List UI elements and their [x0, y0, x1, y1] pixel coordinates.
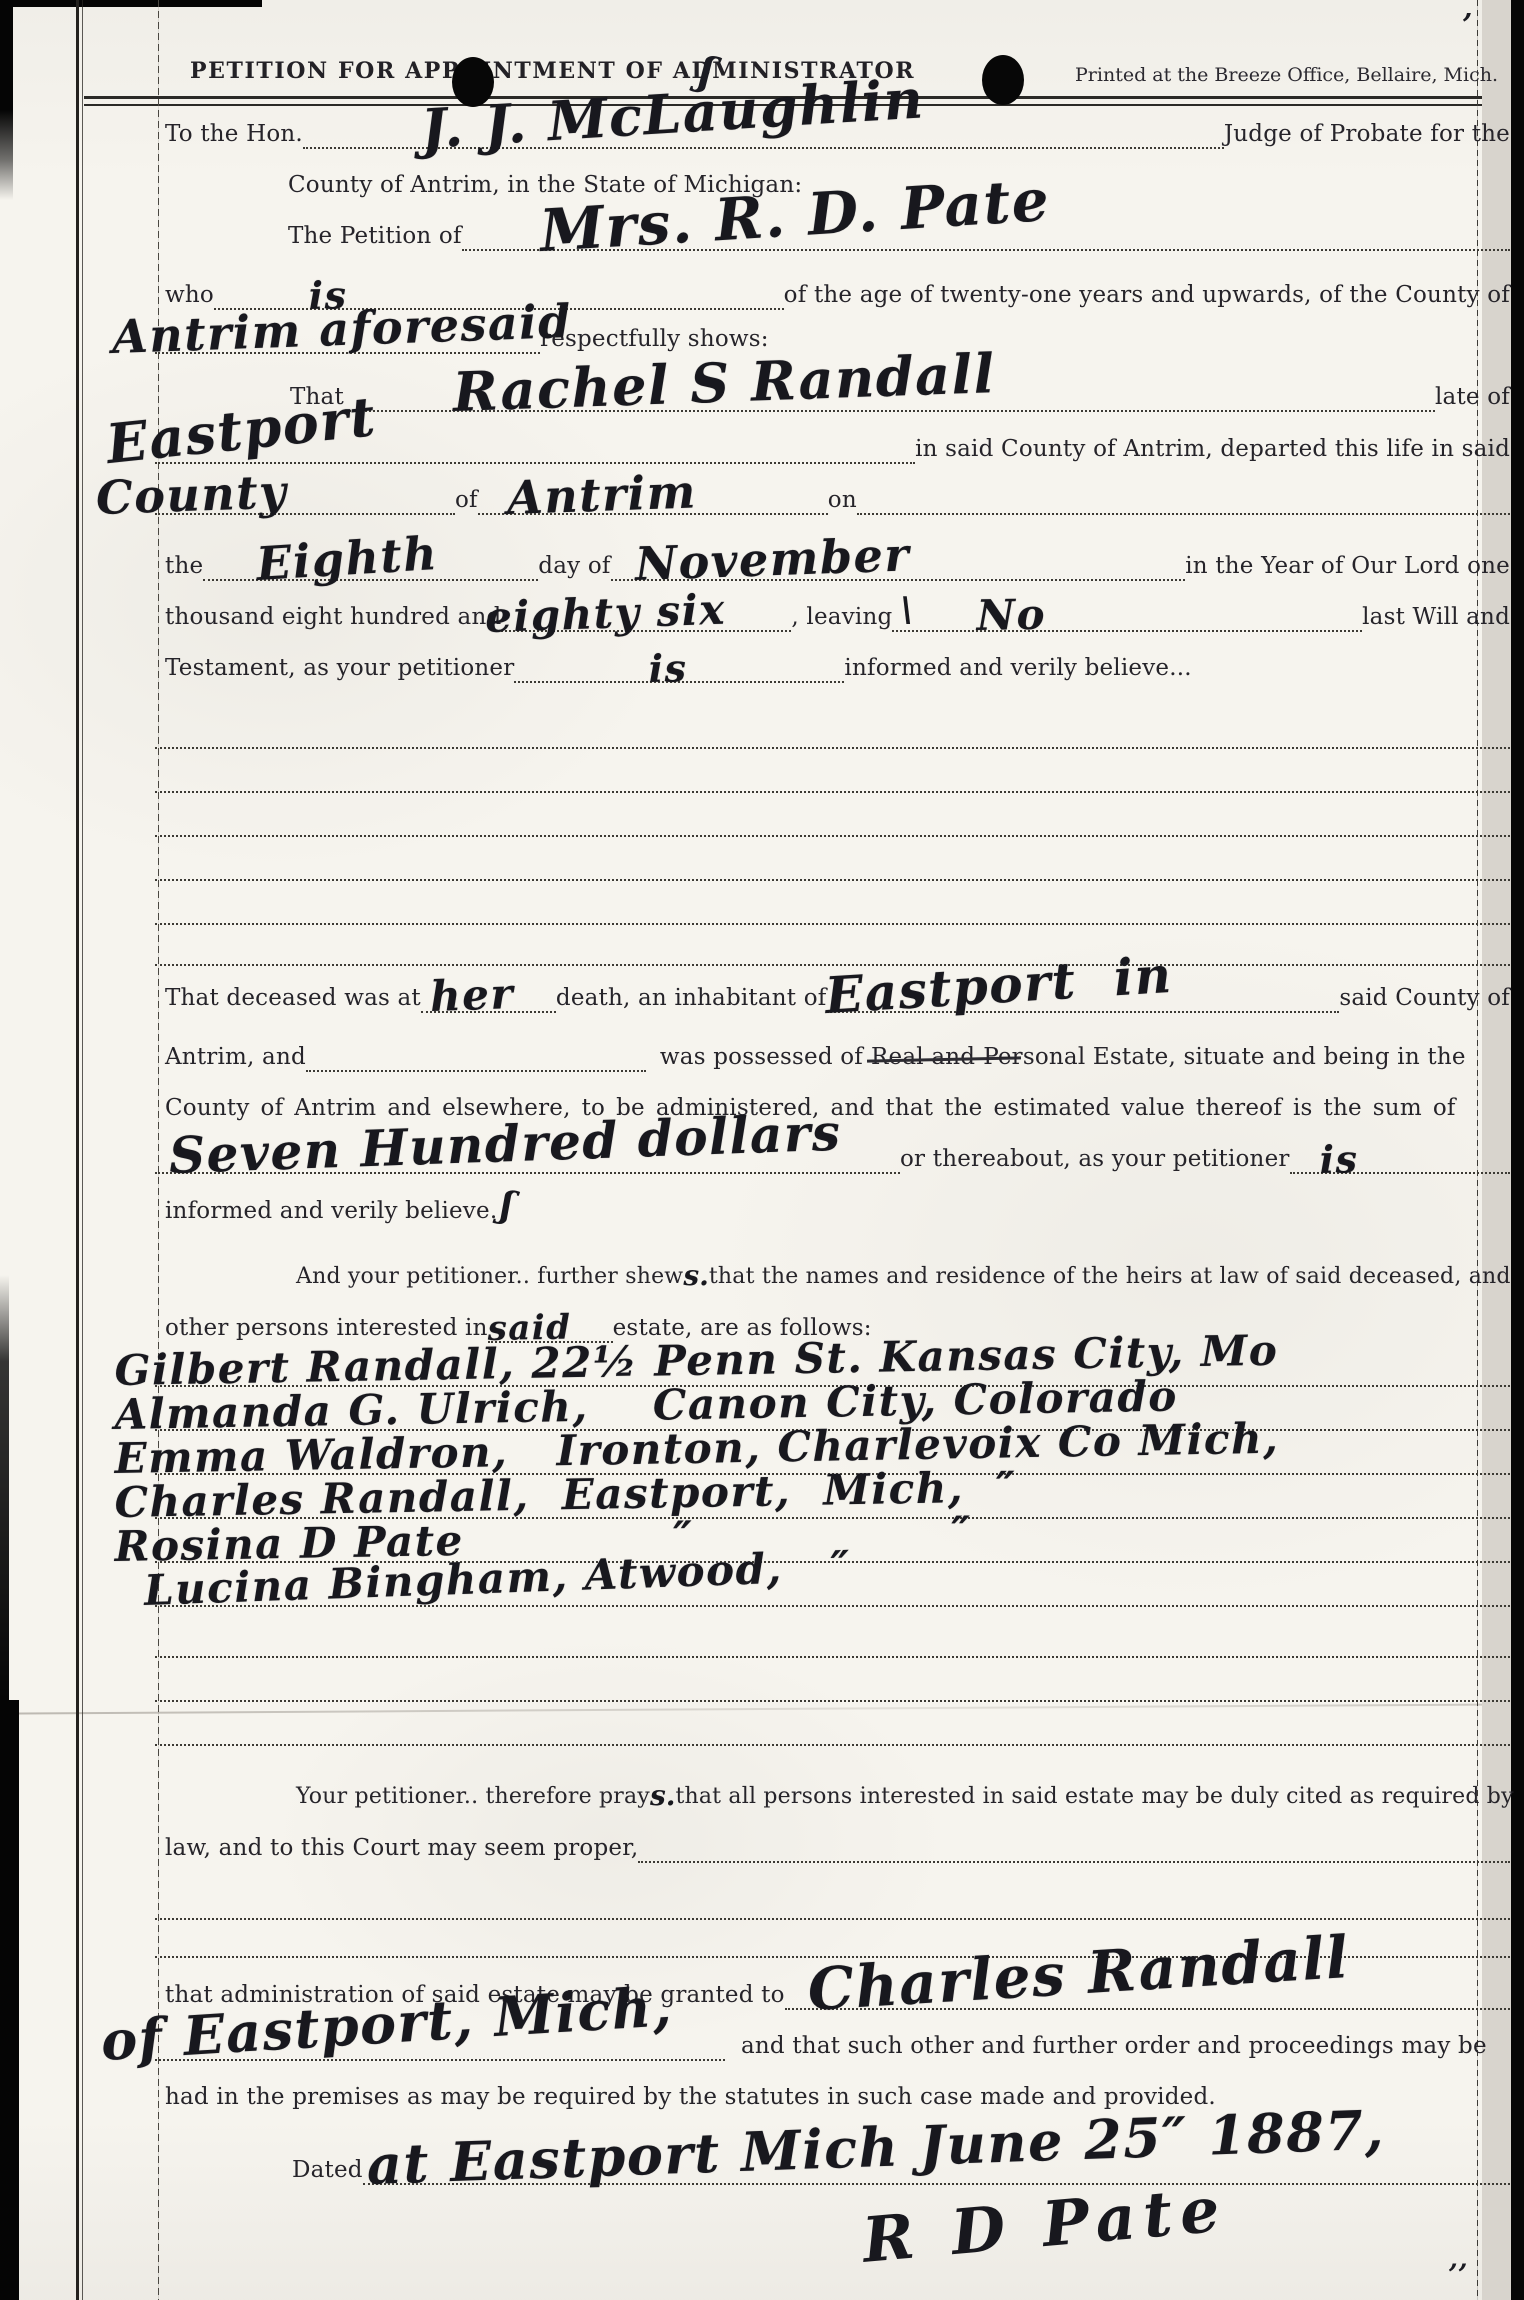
in-said-county-label: in said County of Antrim, departed this …	[915, 434, 1510, 464]
scan-edge-left-bottom	[0, 1700, 19, 2300]
antrim-and-label: Antrim, and	[165, 1042, 306, 1072]
form-line-year: thousand eight hundred and eighty six , …	[165, 602, 1510, 632]
other-persons-label: other persons interested in	[165, 1313, 488, 1343]
year-handwriting: eighty six	[485, 585, 727, 642]
petitioner-name-blank: Mrs. R. D. Pate	[462, 221, 1510, 251]
blank-dotted-line	[155, 1656, 1510, 1658]
scan-edge-left-mid	[0, 1275, 9, 1707]
heir-line: Lucina Bingham, Atwood, ″	[155, 1577, 1510, 1607]
said-county-of-label: said County of	[1339, 983, 1510, 1013]
scan-edge-top	[0, 0, 262, 7]
residence-blank: Eastport	[155, 434, 915, 464]
residence-handwriting: Eastport	[103, 384, 379, 476]
inhabitant-place-blank: Eastport in	[827, 983, 1340, 1013]
thereabout-label: or thereabout, as your petitioner	[900, 1144, 1290, 1174]
dated-handwriting: at Eastport Mich June 25″ 1887,	[366, 2097, 1386, 2197]
petitioner-signature-handwriting: R D Pate	[860, 2172, 1231, 2277]
possessed-pre-label: was possessed of	[660, 1042, 863, 1072]
informed-label: informed and verily believe.	[165, 1196, 497, 1226]
heirs-intro-tail-label: that the names and residence of the heir…	[709, 1262, 1511, 1292]
blank-dotted-line	[155, 747, 1510, 749]
form-line-heirs-intro-1: And your petitioner.. further shew s. th…	[296, 1262, 1510, 1292]
possessed-post-label: Personal Estate, situate and being in th…	[983, 1042, 1465, 1072]
further-order-label: and that such other and further order an…	[741, 2031, 1487, 2061]
county-word-handwriting: County	[95, 464, 288, 525]
prayer-tail-label: that all persons interested in said esta…	[675, 1782, 1513, 1812]
form-line-value: Seven Hundred dollars or thereabout, as …	[155, 1144, 1510, 1174]
margin-rule-outer	[76, 0, 79, 2300]
petitioner-is-handwriting: is	[1319, 1136, 1359, 1182]
county-word-blank: County	[155, 485, 455, 515]
judge-of-probate-label: Judge of Probate for the	[1224, 119, 1510, 149]
judge-name-blank: J. J. McLaughlin	[303, 119, 1224, 149]
informed-believe-label: informed and verily believe...	[844, 653, 1191, 683]
deceased-at-label: That deceased was at	[165, 983, 421, 1013]
of-label: of	[455, 485, 478, 515]
county-name-handwriting: Antrim	[506, 464, 698, 525]
leaving-label: , leaving	[791, 602, 892, 632]
blank-dotted-line	[155, 835, 1510, 837]
month-blank: November	[611, 551, 1186, 581]
premises-label: had in the premises as may be required b…	[165, 2082, 1216, 2112]
scan-edge-left-top	[0, 0, 13, 200]
blank-dotted-line	[155, 791, 1510, 793]
believe-flourish-mark: ʃ	[498, 1183, 516, 1226]
form-line-inhabitant: That deceased was at her death, an inhab…	[165, 983, 1510, 1013]
shews-s-handwriting: s.	[683, 1259, 709, 1292]
petition-of-label: The Petition of	[288, 221, 462, 251]
administrator-place-blank: of Eastport, Mich,	[155, 2031, 725, 2061]
law-court-label: law, and to this Court may seem proper,	[165, 1833, 638, 1863]
day-blank: Eighth	[203, 551, 538, 581]
form-line-prayer-2: law, and to this Court may seem proper,	[165, 1833, 1510, 1863]
to-hon-label: To the Hon.	[165, 119, 303, 149]
her-blank: her	[421, 983, 556, 1013]
blank-dotted-line	[155, 1744, 1510, 1746]
county-aforesaid-blank: Antrim aforesaid	[155, 324, 540, 354]
the-label: the	[165, 551, 203, 581]
deceased-name-blank: Rachel S Randall	[344, 382, 1435, 412]
printer-imprint: Printed at the Breeze Office, Bellaire, …	[1075, 64, 1498, 86]
petitioner-is-blank: is	[1290, 1144, 1510, 1174]
form-line-dated: Dated at Eastport Mich June 25″ 1887,	[292, 2155, 1510, 2185]
inhabitant-of-label: death, an inhabitant of	[556, 983, 827, 1013]
date-blank	[857, 485, 1510, 515]
form-line-testament: Testament, as your petitioner is informe…	[165, 653, 1345, 683]
testament-blank: is	[514, 653, 844, 683]
form-line-administrator-place: of Eastport, Mich, and that such other a…	[155, 2031, 1510, 2061]
year-blank: eighty six	[501, 602, 791, 632]
hole-punch-right	[982, 55, 1024, 105]
month-handwriting: November	[634, 527, 911, 591]
inhabitant-place-handwriting: Eastport in	[823, 945, 1174, 1025]
form-line-prayer-1: Your petitioner.. therefore pray s. that…	[296, 1782, 1510, 1812]
blank-dotted-line	[155, 879, 1510, 881]
form-line-deceased-name: That Rachel S Randall late of	[290, 382, 1510, 412]
testament-label: Testament, as your petitioner	[165, 653, 514, 683]
day-of-label: day of	[538, 551, 610, 581]
blank-dotted-line	[155, 1700, 1510, 1702]
year-of-our-lord-label: in the Year of Our Lord one	[1185, 551, 1510, 581]
heir-blank: Lucina Bingham, Atwood, ″	[155, 1577, 1510, 1607]
form-line-to-hon: To the Hon. J. J. McLaughlin Judge of Pr…	[165, 119, 1510, 149]
blank-dotted-line	[155, 923, 1510, 925]
will-blank: \ No	[892, 602, 1362, 632]
her-handwriting: her	[429, 969, 515, 1021]
blank-dotted-line	[155, 1918, 1510, 1920]
court-proper-blank	[638, 1833, 1510, 1863]
late-of-label: late of	[1435, 382, 1510, 412]
last-will-label: last Will and	[1362, 602, 1510, 632]
who-label: who	[165, 280, 214, 310]
prays-s-handwriting: s.	[650, 1779, 676, 1812]
thousand-label: thousand eight hundred and	[165, 602, 501, 632]
age-clause-label: of the age of twenty-one years and upwar…	[784, 280, 1510, 310]
stray-mark-bottom-right: ’’	[1448, 2258, 1468, 2291]
form-line-possessed: Antrim, and was possessed of Real and Pe…	[165, 1042, 1510, 1072]
testament-handwriting: is	[649, 645, 689, 691]
form-line-informed: informed and verily believe. ʃ	[165, 1196, 513, 1226]
form-line-day-month: the Eighth day of November in the Year o…	[165, 551, 1510, 581]
fold-crease-line	[0, 1703, 1524, 1714]
administrator-name-blank: Charles Randall	[785, 1980, 1510, 2010]
possessed-blank	[306, 1042, 646, 1072]
on-label: on	[828, 485, 857, 515]
leaving-caret-mark: \	[900, 590, 912, 630]
dated-blank: at Eastport Mich June 25″ 1887,	[363, 2155, 1510, 2185]
form-line-county-on: County of Antrim on	[155, 485, 1510, 515]
scan-edge-right	[1511, 0, 1524, 2300]
stray-mark-top-right: ’	[1462, 8, 1472, 43]
hole-punch-left	[452, 57, 494, 107]
dated-label: Dated	[292, 2155, 363, 2185]
value-blank: Seven Hundred dollars	[155, 1144, 900, 1174]
prayer-pre-label: Your petitioner.. therefore pray	[296, 1782, 650, 1812]
possessed-struck-label: Real and	[871, 1042, 975, 1072]
signature-block: R D Pate	[862, 2188, 1228, 2261]
heirs-intro-pre-label: And your petitioner.. further shew	[296, 1262, 683, 1292]
administrator-name-handwriting: Charles Randall	[805, 1923, 1350, 2024]
form-line-residence: Eastport in said County of Antrim, depar…	[155, 434, 1510, 464]
county-name-blank: Antrim	[478, 485, 828, 515]
margin-rule-inner	[82, 0, 83, 2300]
will-handwriting: No	[977, 590, 1047, 640]
day-handwriting: Eighth	[255, 526, 440, 591]
form-line-petition-of: The Petition of Mrs. R. D. Pate	[288, 221, 1510, 251]
